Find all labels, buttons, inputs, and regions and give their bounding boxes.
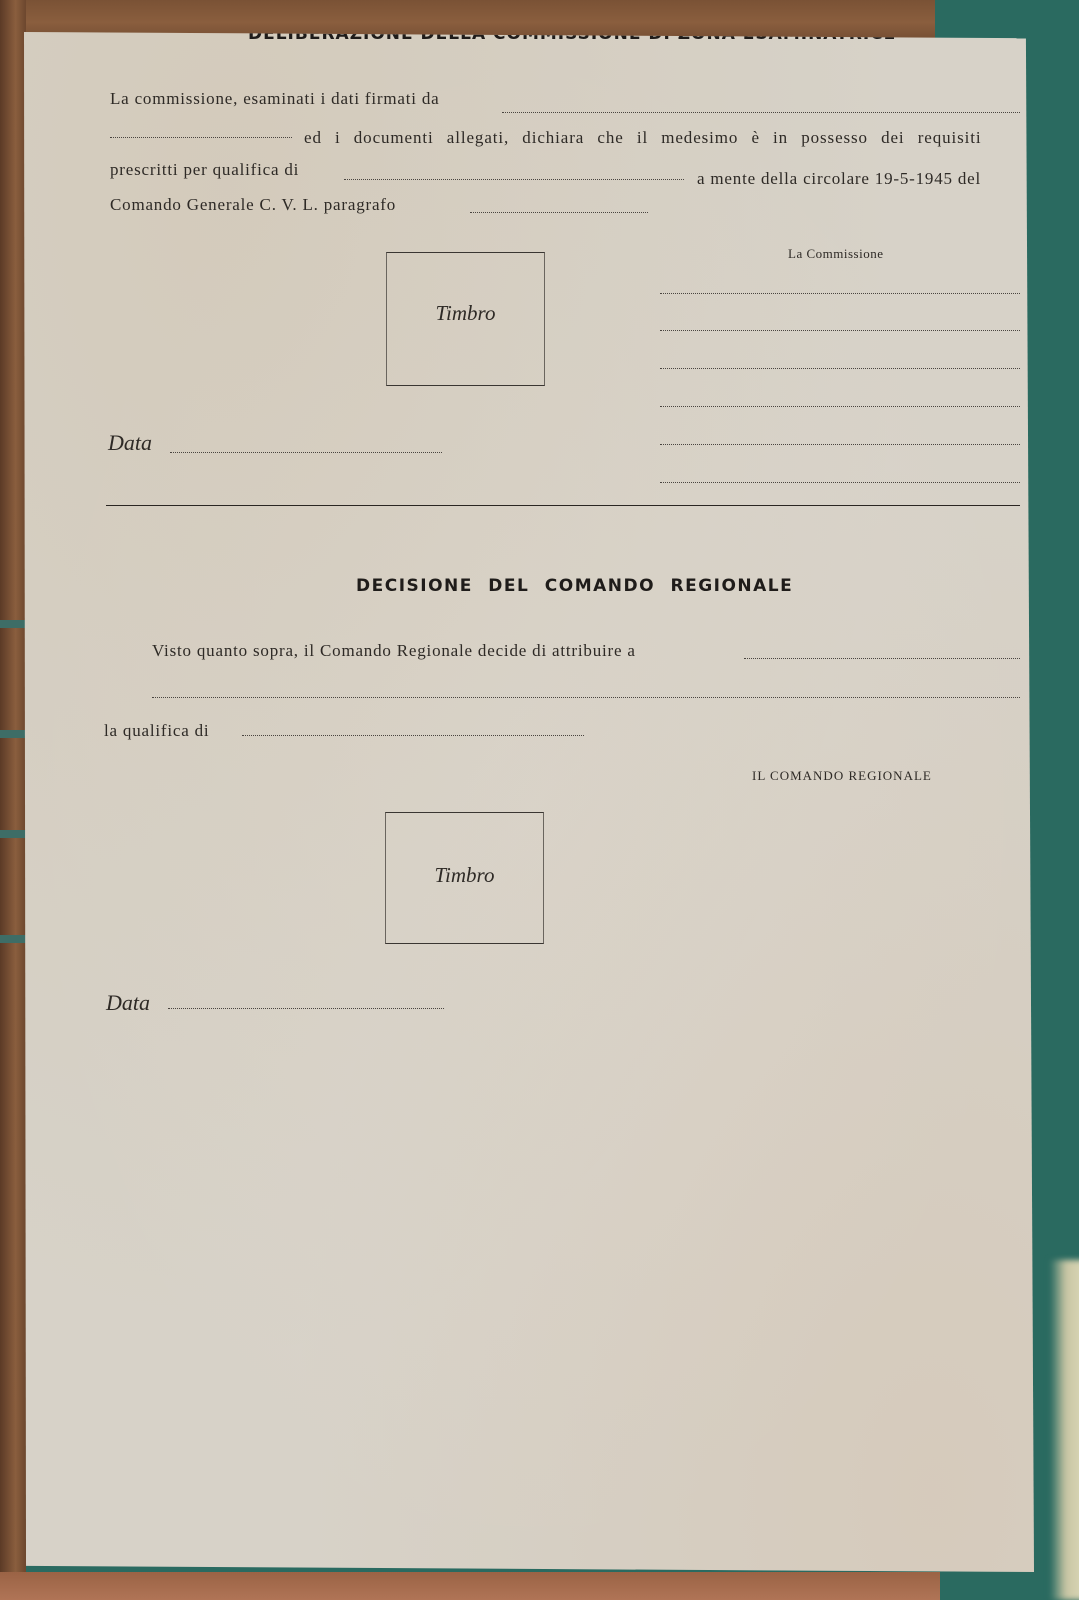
form-sheet: DELIBERAZIONE DELLA COMMISSIONE DI ZONA …: [24, 32, 1034, 1572]
commission-signature-2[interactable]: [660, 330, 1020, 331]
section2-line3: la qualifica di: [104, 721, 209, 741]
section2-line1: Visto quanto sopra, il Comando Regionale…: [152, 641, 636, 661]
recipient-field-cont[interactable]: [152, 697, 1020, 698]
signer-name-field-cont[interactable]: [110, 137, 292, 138]
commission-signature-6[interactable]: [660, 482, 1020, 483]
stamp-box-regional: Timbro: [385, 812, 544, 944]
section1-line3b: a mente della circolare 19-5-1945 del: [697, 169, 981, 189]
commission-signature-1[interactable]: [660, 293, 1020, 294]
section-divider: [106, 505, 1020, 506]
commission-signature-3[interactable]: [660, 368, 1020, 369]
signer-name-field[interactable]: [502, 112, 1020, 113]
section2-title: DECISIONE DEL COMANDO REGIONALE: [356, 576, 793, 596]
signatory-label: IL COMANDO REGIONALE: [752, 768, 932, 784]
section1-line1: La commissione, esaminati i dati firmati…: [110, 89, 439, 109]
background-cloth: [1050, 1260, 1079, 1600]
section2-date-field[interactable]: [168, 1008, 444, 1009]
stamp-label: Timbro: [386, 863, 543, 888]
commission-signature-4[interactable]: [660, 406, 1020, 407]
section1-date-label: Data: [108, 430, 152, 456]
section1-date-field[interactable]: [170, 452, 442, 453]
section1-line2: ed i documenti allegati, dichiara che il…: [304, 128, 982, 148]
section1-line3a: prescritti per qualifica di: [110, 160, 299, 180]
stamp-label: Timbro: [387, 301, 544, 326]
qualifica-field[interactable]: [344, 179, 684, 180]
wooden-frame-bottom: [0, 1572, 940, 1600]
commission-signature-5[interactable]: [660, 444, 1020, 445]
section1-line4: Comando Generale C. V. L. paragrafo: [110, 195, 396, 215]
recipient-field[interactable]: [744, 658, 1020, 659]
section2-qualifica-field[interactable]: [242, 735, 584, 736]
commission-label: La Commissione: [788, 246, 883, 262]
section2-date-label: Data: [106, 990, 150, 1016]
stamp-box-commission: Timbro: [386, 252, 545, 386]
paragrafo-field[interactable]: [470, 212, 648, 213]
wooden-frame-left: [0, 0, 26, 1600]
